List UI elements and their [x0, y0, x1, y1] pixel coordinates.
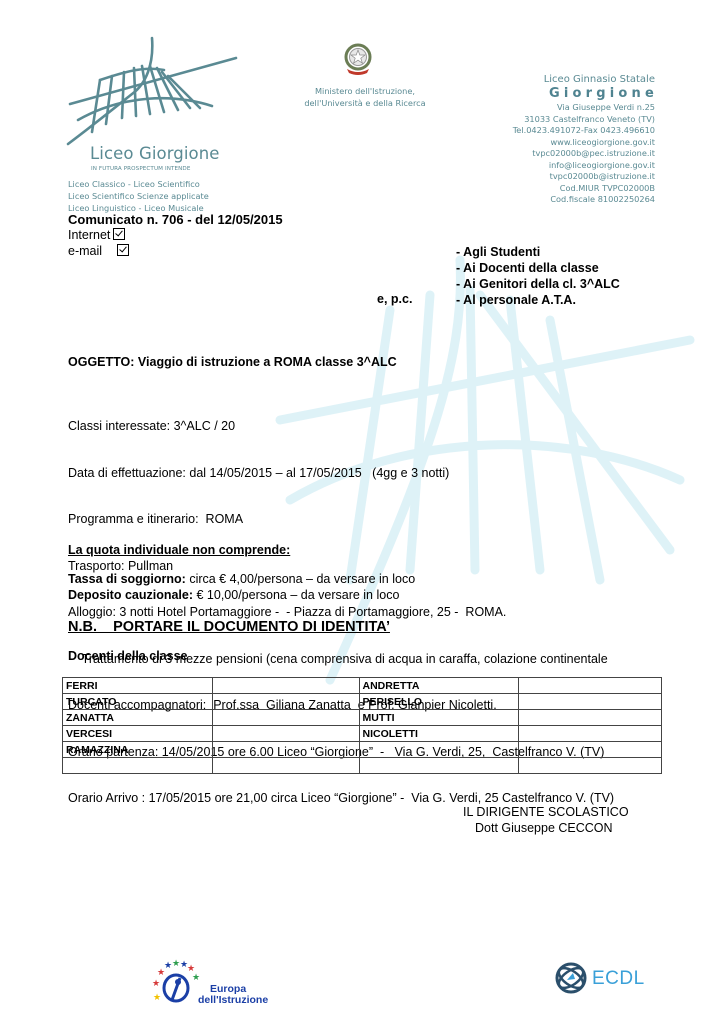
svg-text:★: ★ [152, 979, 160, 989]
table-row: FERRIANDRETTA [63, 678, 662, 694]
ecdl-label: ECDL [592, 968, 645, 990]
svg-text:★: ★ [192, 973, 200, 983]
cc-label: e, p.c. [377, 292, 412, 306]
table-cell [212, 678, 359, 694]
europa-line: dell'Istruzione [198, 995, 268, 1006]
distribution-label: e-mail [68, 244, 102, 258]
contact-email-istruzione: tvpc02000b@istruzione.it [513, 171, 655, 183]
fees-list: Tassa di soggiorno: circa € 4,00/persona… [68, 572, 415, 603]
fee-label: Tassa di soggiorno: [68, 572, 186, 586]
quota-heading: La quota individuale non comprende: [68, 543, 290, 557]
svg-text:★: ★ [172, 959, 180, 969]
contact-cod-miur: Cod.MIUR TVPC02000B [513, 183, 655, 195]
europa-istruzione-logo-icon: ★ ★ ★ ★ ★ ★ ★ ★ [150, 958, 200, 1010]
contact-pec: tvpc02000b@pec.istruzione.it [513, 148, 655, 160]
school-logo-name: Liceo Giorgione [90, 144, 220, 163]
table-cell [359, 758, 519, 774]
contact-city: 31033 Castelfranco Veneto (TV) [513, 114, 655, 126]
table-cell: VERCESI [63, 726, 213, 742]
detail-dates: Data di effettuazione: dal 14/05/2015 – … [68, 466, 614, 482]
recipient-item: - Al personale A.T.A. [456, 292, 620, 308]
table-cell: PERISELLO [359, 694, 519, 710]
table-cell: NICOLETTI [359, 726, 519, 742]
nb-notice: N.B. PORTARE IL DOCUMENTO DI IDENTITA’ [68, 619, 390, 635]
ministry-line: dell'Università e della Ricerca [290, 97, 440, 109]
svg-text:★: ★ [157, 968, 165, 978]
table-cell [519, 726, 662, 742]
teachers-table: FERRIANDRETTA TURCATOPERISELLO ZANATTAMU… [62, 677, 662, 774]
contact-website: www.liceogiorgione.gov.it [513, 137, 655, 149]
contact-address: Via Giuseppe Verdi n.25 [513, 102, 655, 114]
detail-program: Programma e itinerario: ROMA [68, 512, 614, 528]
contact-phone-fax: Tel.0423.491072-Fax 0423.496610 [513, 125, 655, 137]
table-cell [519, 758, 662, 774]
school-contact-block: Liceo Ginnasio Statale Giorgione Via Giu… [513, 73, 655, 206]
recipient-item: - Agli Studenti [456, 244, 620, 260]
table-cell: TURCATO [63, 694, 213, 710]
school-types: Liceo Classico - Liceo Scientifico Liceo… [68, 178, 209, 214]
table-cell [519, 742, 662, 758]
signature-block: IL DIRIGENTE SCOLASTICO Dott Giuseppe CE… [463, 805, 629, 836]
fee-text: circa € 4,00/persona – da versare in loc… [186, 572, 415, 586]
table-cell: ZANATTA [63, 710, 213, 726]
svg-text:★: ★ [164, 961, 172, 971]
fee-text: € 10,00/persona – da versare in loco [193, 588, 399, 602]
table-cell [359, 742, 519, 758]
fee-item: Tassa di soggiorno: circa € 4,00/persona… [68, 572, 415, 588]
school-type-line: Liceo Scientifico Scienze applicate [68, 190, 209, 202]
table-cell [519, 678, 662, 694]
school-title: Liceo Ginnasio Statale [513, 73, 655, 86]
checkbox-checked-icon [113, 228, 125, 240]
table-cell [212, 742, 359, 758]
table-row [63, 758, 662, 774]
recipient-item: - Ai Docenti della classe [456, 260, 620, 276]
table-cell: FERRI [63, 678, 213, 694]
detail-classes: Classi interessate: 3^ALC / 20 [68, 419, 614, 435]
italian-republic-emblem-icon [343, 42, 373, 78]
table-cell [212, 758, 359, 774]
table-row: VERCESINICOLETTI [63, 726, 662, 742]
table-cell [212, 726, 359, 742]
recipient-item: - Ai Genitori della cl. 3^ALC [456, 276, 620, 292]
ecdl-globe-icon [552, 960, 590, 996]
table-cell [519, 710, 662, 726]
subject-line: OGGETTO: Viaggio di istruzione a ROMA cl… [68, 355, 397, 369]
contact-cod-fiscale: Cod.fiscale 81002250264 [513, 194, 655, 206]
table-cell: ANDRETTA [359, 678, 519, 694]
school-name: Giorgione [513, 86, 658, 102]
distribution-email: e-mail [68, 244, 129, 258]
fee-label: Deposito cauzionale: [68, 588, 193, 602]
liceo-giorgione-logo-icon [64, 36, 239, 146]
table-cell: RAMAZZINA [63, 742, 213, 758]
svg-text:★: ★ [153, 993, 161, 1003]
school-logo-motto: IN FUTURA PROSPECTUM INTENDE [91, 166, 190, 172]
ministry-name: Ministero dell'Istruzione, dell'Universi… [290, 85, 440, 109]
signature-role: IL DIRIGENTE SCOLASTICO [463, 805, 629, 821]
comunicato-title: Comunicato n. 706 - del 12/05/2015 [68, 212, 283, 227]
checkbox-checked-icon [117, 244, 129, 256]
table-row: ZANATTAMUTTI [63, 710, 662, 726]
table-row: TURCATOPERISELLO [63, 694, 662, 710]
ministry-line: Ministero dell'Istruzione, [290, 85, 440, 97]
signature-name: Dott Giuseppe CECCON [463, 821, 629, 837]
table-cell: MUTTI [359, 710, 519, 726]
table-row: RAMAZZINA [63, 742, 662, 758]
school-type-line: Liceo Classico - Liceo Scientifico [68, 178, 209, 190]
teachers-heading: Docenti della classe [68, 649, 188, 663]
distribution-internet: Internet [68, 228, 125, 242]
table-cell [63, 758, 213, 774]
europa-istruzione-label: Europa dell'Istruzione [198, 984, 268, 1006]
table-cell [212, 694, 359, 710]
recipients-list: - Agli Studenti - Ai Docenti della class… [456, 244, 620, 308]
table-cell [212, 710, 359, 726]
distribution-label: Internet [68, 228, 110, 242]
contact-email-info: info@liceogiorgione.gov.it [513, 160, 655, 172]
fee-item: Deposito cauzionale: € 10,00/persona – d… [68, 588, 415, 604]
table-cell [519, 694, 662, 710]
